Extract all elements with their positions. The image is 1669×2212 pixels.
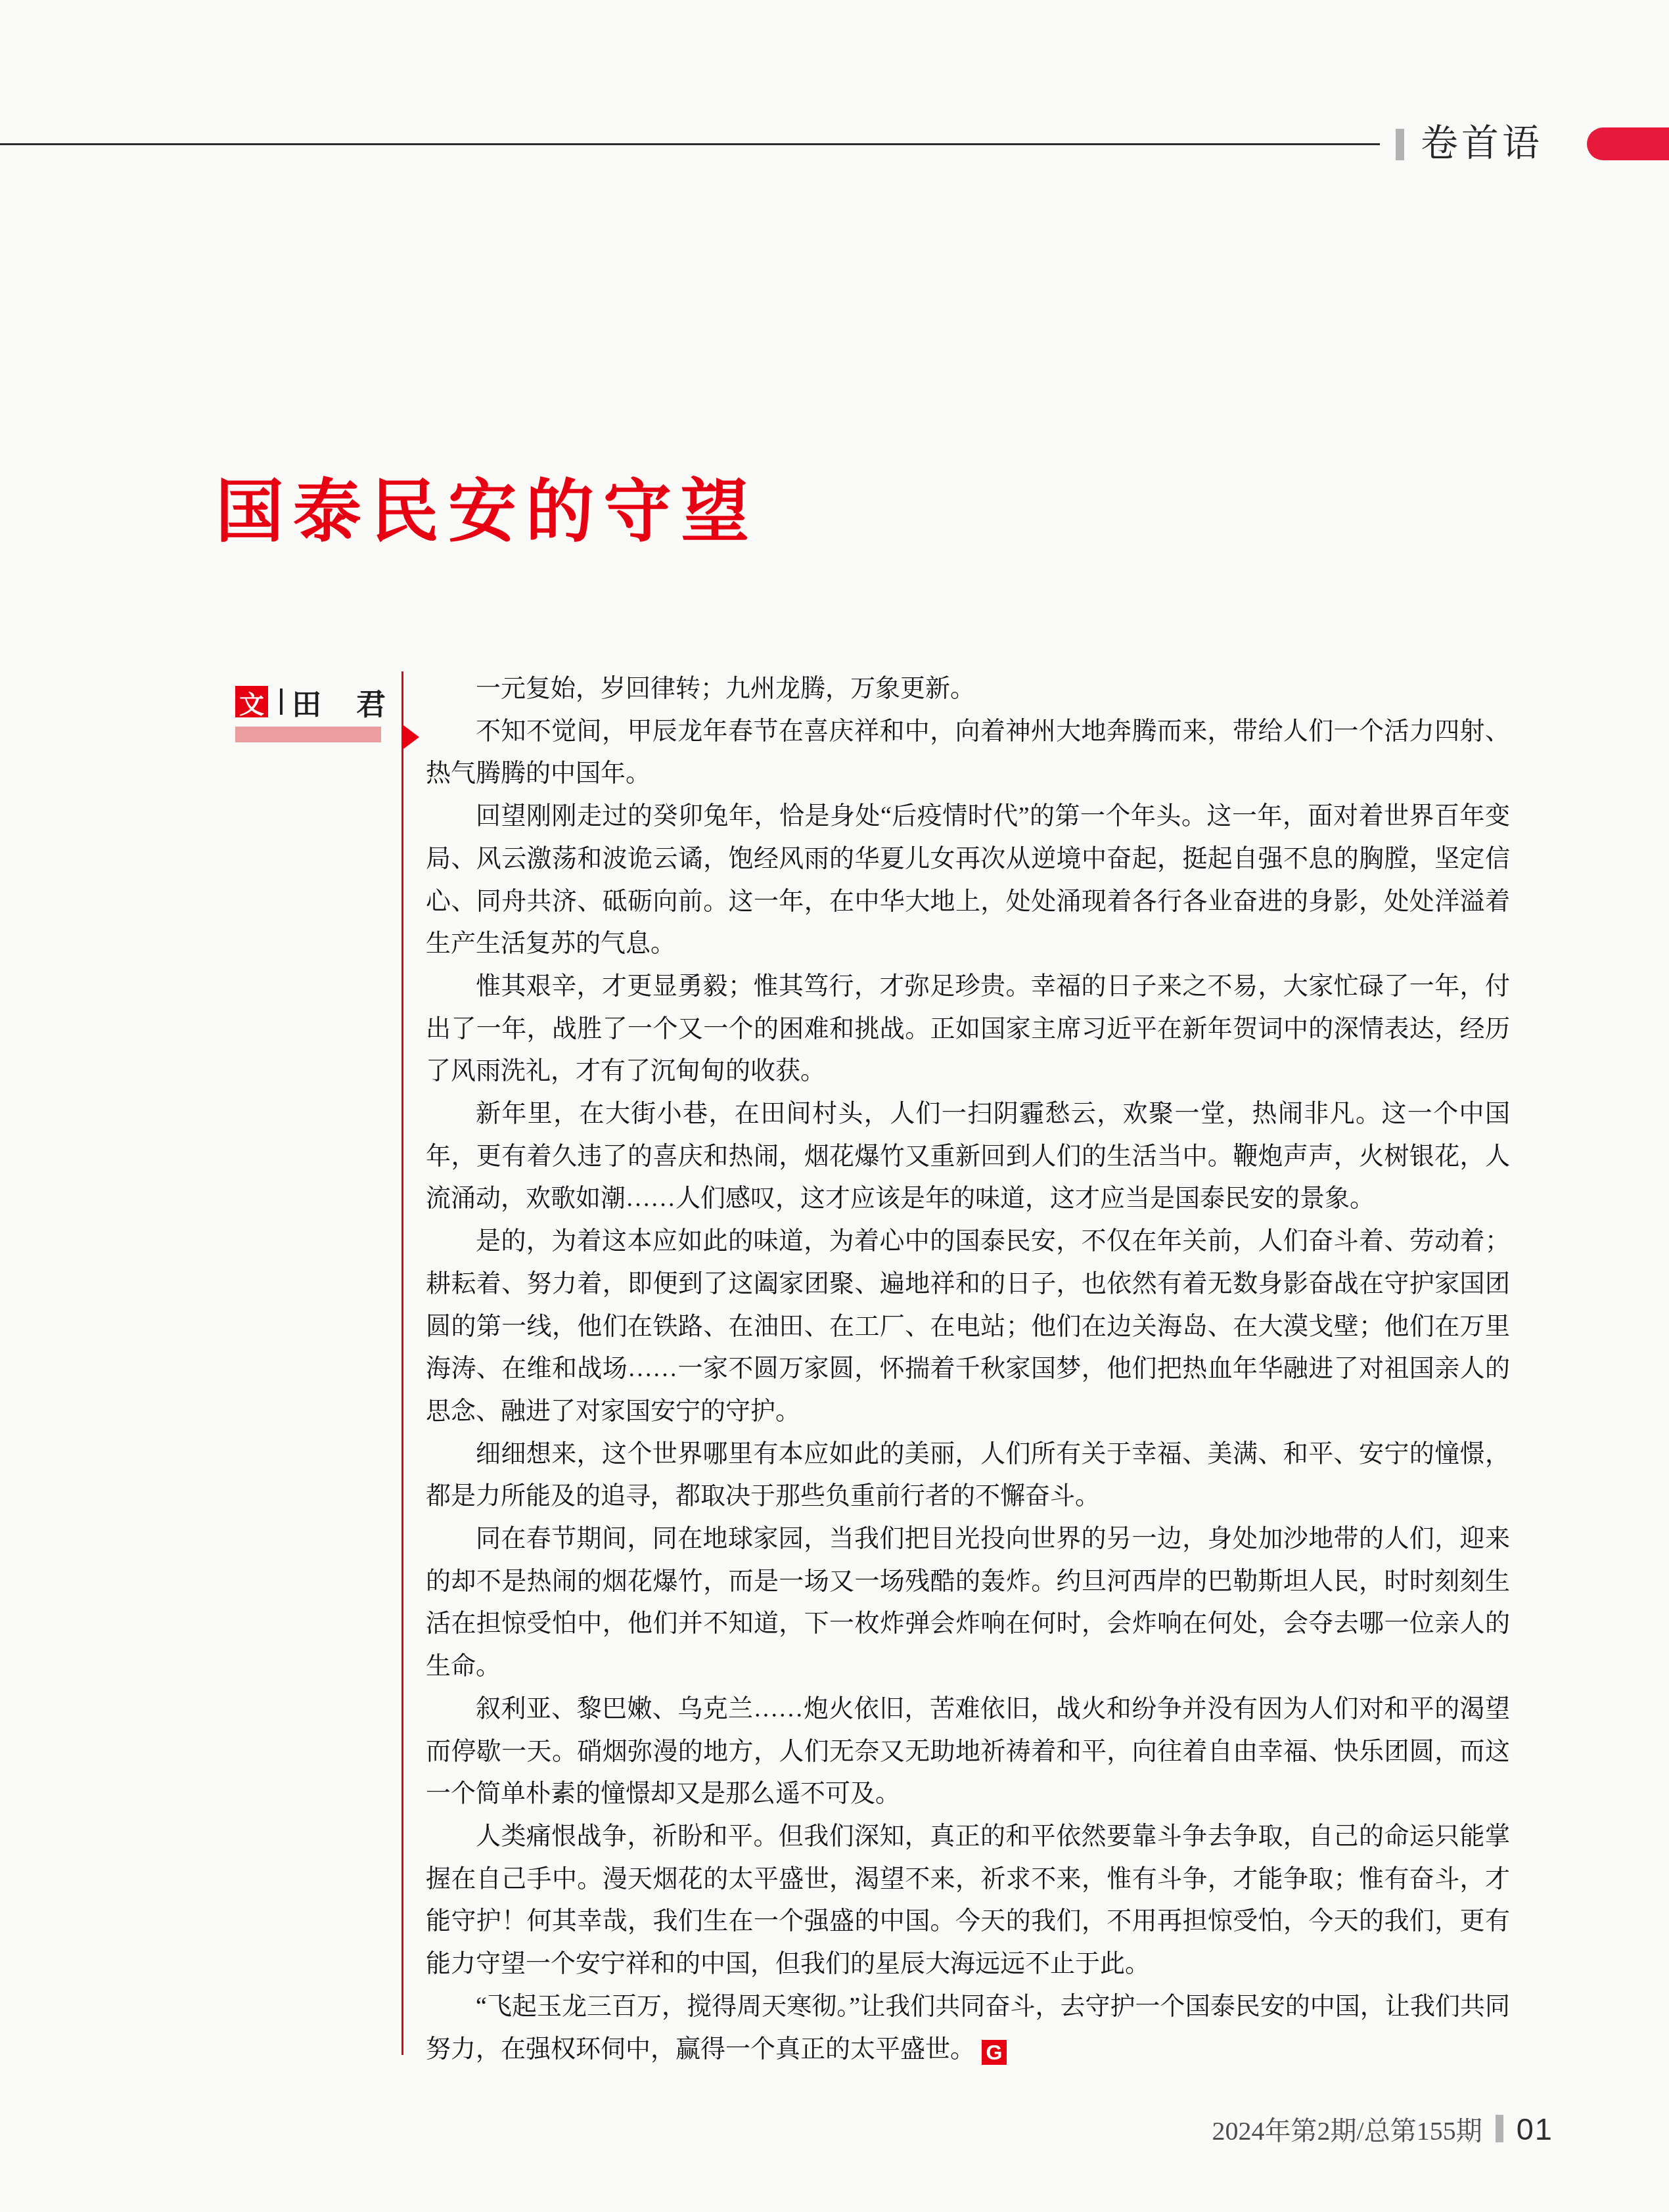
body-paragraph: 一元复始，岁回律转；九州龙腾，万象更新。 xyxy=(426,667,1510,710)
byline-author: 田 君 xyxy=(292,681,388,723)
header-red-banner xyxy=(1587,127,1669,160)
text-column-red-rule xyxy=(401,671,403,2055)
magazine-page: 卷首语 国泰民安的守望 文 田 君 一元复始，岁回律转；九州龙腾，万象更新。 不… xyxy=(0,0,1669,2212)
body-paragraph: 新年里，在大街小巷，在田间村头，人们一扫阴霾愁云，欢聚一堂，热闹非凡。这一个中国… xyxy=(426,1093,1510,1220)
body-paragraph: 同在春节期间，同在地球家园，当我们把目光投向世界的另一边，身处加沙地带的人们，迎… xyxy=(426,1518,1510,1688)
body-paragraph: 叙利亚、黎巴嫩、乌克兰……炮火依旧，苦难依旧，战火和纷争并没有因为人们对和平的渴… xyxy=(426,1688,1510,1815)
header-rule-line xyxy=(0,143,1380,145)
byline-label-badge: 文 xyxy=(235,686,268,717)
article-body: 一元复始，岁回律转；九州龙腾，万象更新。 不知不觉间，甲辰龙年春节在喜庆祥和中，… xyxy=(426,667,1510,2070)
byline: 文 田 君 xyxy=(235,683,388,720)
arrow-right-icon xyxy=(403,725,419,749)
article-end-mark: G xyxy=(982,2040,1007,2065)
byline-pink-bar xyxy=(235,727,381,742)
body-paragraph: “飞起玉龙三百万，搅得周天寒彻。”让我们共同奋斗，去守护一个国泰民安的中国，让我… xyxy=(426,1985,1510,2070)
section-label: 卷首语 xyxy=(1421,124,1543,163)
page-title: 国泰民安的守望 xyxy=(216,474,758,551)
header-tick-bar xyxy=(1396,129,1404,160)
body-paragraph: 细细想来，这个世界哪里有本应如此的美丽，人们所有关于幸福、美满、和平、安宁的憧憬… xyxy=(426,1433,1510,1518)
body-paragraph: 是的，为着这本应如此的味道，为着心中的国泰民安，不仅在年关前，人们奋斗着、劳动着… xyxy=(426,1220,1510,1433)
page-footer: 2024年第2期/总第155期 01 xyxy=(1212,2111,1553,2146)
body-paragraph: 回望刚刚走过的癸卯兔年，恰是身处“后疫情时代”的第一个年头。这一年，面对着世界百… xyxy=(426,795,1510,965)
body-paragraph-text: “飞起玉龙三百万，搅得周天寒彻。”让我们共同奋斗，去守护一个国泰民安的中国，让我… xyxy=(426,1993,1510,2063)
body-paragraph: 人类痛恨战争，祈盼和平。但我们深知，真正的和平依然要靠斗争去争取，自己的命运只能… xyxy=(426,1815,1510,1985)
issue-info: 2024年第2期/总第155期 xyxy=(1212,2110,1482,2148)
body-paragraph: 惟其艰辛，才更显勇毅；惟其笃行，才弥足珍贵。幸福的日子来之不易，大家忙碌了一年，… xyxy=(426,965,1510,1093)
footer-tick-bar xyxy=(1496,2115,1503,2142)
body-paragraph: 不知不觉间，甲辰龙年春节在喜庆祥和中，向着神州大地奔腾而来，带给人们一个活力四射… xyxy=(426,710,1510,795)
page-number: 01 xyxy=(1517,2111,1553,2147)
byline-separator xyxy=(280,688,283,715)
